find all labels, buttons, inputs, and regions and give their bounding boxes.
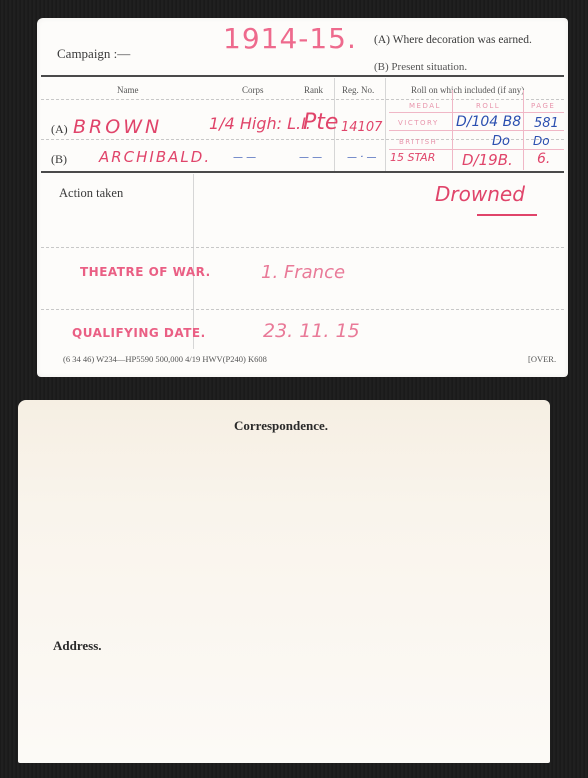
col-header-corps: Corps	[242, 85, 264, 95]
print-code-footer: (6 34 46) W234—HP5590 500,000 4/19 HWV(P…	[63, 354, 267, 364]
qualifying-date-stamp: QUALIFYING DATE.	[72, 326, 206, 340]
roll-15-star: D/19B.	[462, 151, 513, 169]
stamp-line	[452, 90, 453, 170]
column-divider	[193, 174, 194, 349]
corps-value: 1/4 High: L.I.	[209, 114, 311, 133]
rank-b-placeholder: — —	[299, 152, 322, 163]
campaign-label: Campaign :—	[57, 46, 130, 62]
stamp-line	[389, 112, 564, 113]
row-a-marker: (A)	[51, 122, 68, 137]
col-header-name: Name	[117, 85, 139, 95]
page-british: Do	[533, 134, 550, 148]
names-divider	[41, 171, 564, 173]
column-divider	[385, 78, 386, 173]
correspondence-label: Correspondence.	[234, 418, 328, 434]
stamp-line	[389, 149, 564, 150]
row-divider	[41, 99, 564, 100]
corps-b-placeholder: — —	[233, 152, 256, 163]
qualifying-date-value: 23. 11. 15	[263, 320, 360, 342]
stamp-medal-british: BRITISH	[399, 138, 437, 146]
theatre-of-war-stamp: THEATRE OF WAR.	[80, 265, 211, 279]
stamp-header-page: PAGE	[531, 102, 555, 110]
row-b-marker: (B)	[51, 152, 67, 167]
campaign-stamp: 1914-15.	[223, 22, 357, 55]
action-taken-value: Drowned	[435, 182, 525, 206]
stamp-medal-victory: VICTORY	[398, 119, 439, 127]
roll-victory: D/104 B8	[456, 114, 521, 130]
col-header-roll: Roll on which included (if any)	[411, 85, 524, 95]
address-label: Address.	[53, 638, 102, 654]
over-indicator: [OVER.	[528, 354, 556, 364]
action-taken-label: Action taken	[59, 186, 123, 201]
roll-british: Do	[492, 134, 510, 149]
forename: ARCHIBALD.	[99, 148, 211, 166]
legend-b: (B) Present situation.	[374, 61, 467, 73]
medal-index-card-back: Correspondence. Address.	[18, 400, 550, 763]
col-header-reg-no: Reg. No.	[342, 85, 374, 95]
stamp-line	[523, 90, 524, 170]
col-header-rank: Rank	[304, 85, 323, 95]
row-divider	[41, 247, 564, 248]
stamp-medal-15-star: 15 STAR	[390, 151, 435, 164]
header-divider	[41, 75, 564, 77]
rank-value: Pte	[303, 110, 338, 135]
page-15-star: 6.	[537, 151, 550, 167]
stamp-header-roll: ROLL	[476, 102, 500, 110]
row-divider	[41, 309, 564, 310]
stamp-header-medal: MEDAL	[409, 102, 441, 110]
theatre-of-war-value: 1. France	[261, 262, 345, 283]
surname: BROWN	[73, 116, 162, 138]
underline-stroke	[477, 214, 537, 216]
reg-no-value: 14107	[341, 120, 382, 135]
medal-index-card-front: Campaign :— 1914-15. (A) Where decoratio…	[37, 18, 568, 377]
legend-a: (A) Where decoration was earned.	[374, 34, 532, 46]
page-victory: 581	[534, 116, 559, 131]
row-divider	[41, 139, 564, 140]
reg-b-placeholder: — · —	[347, 152, 377, 163]
